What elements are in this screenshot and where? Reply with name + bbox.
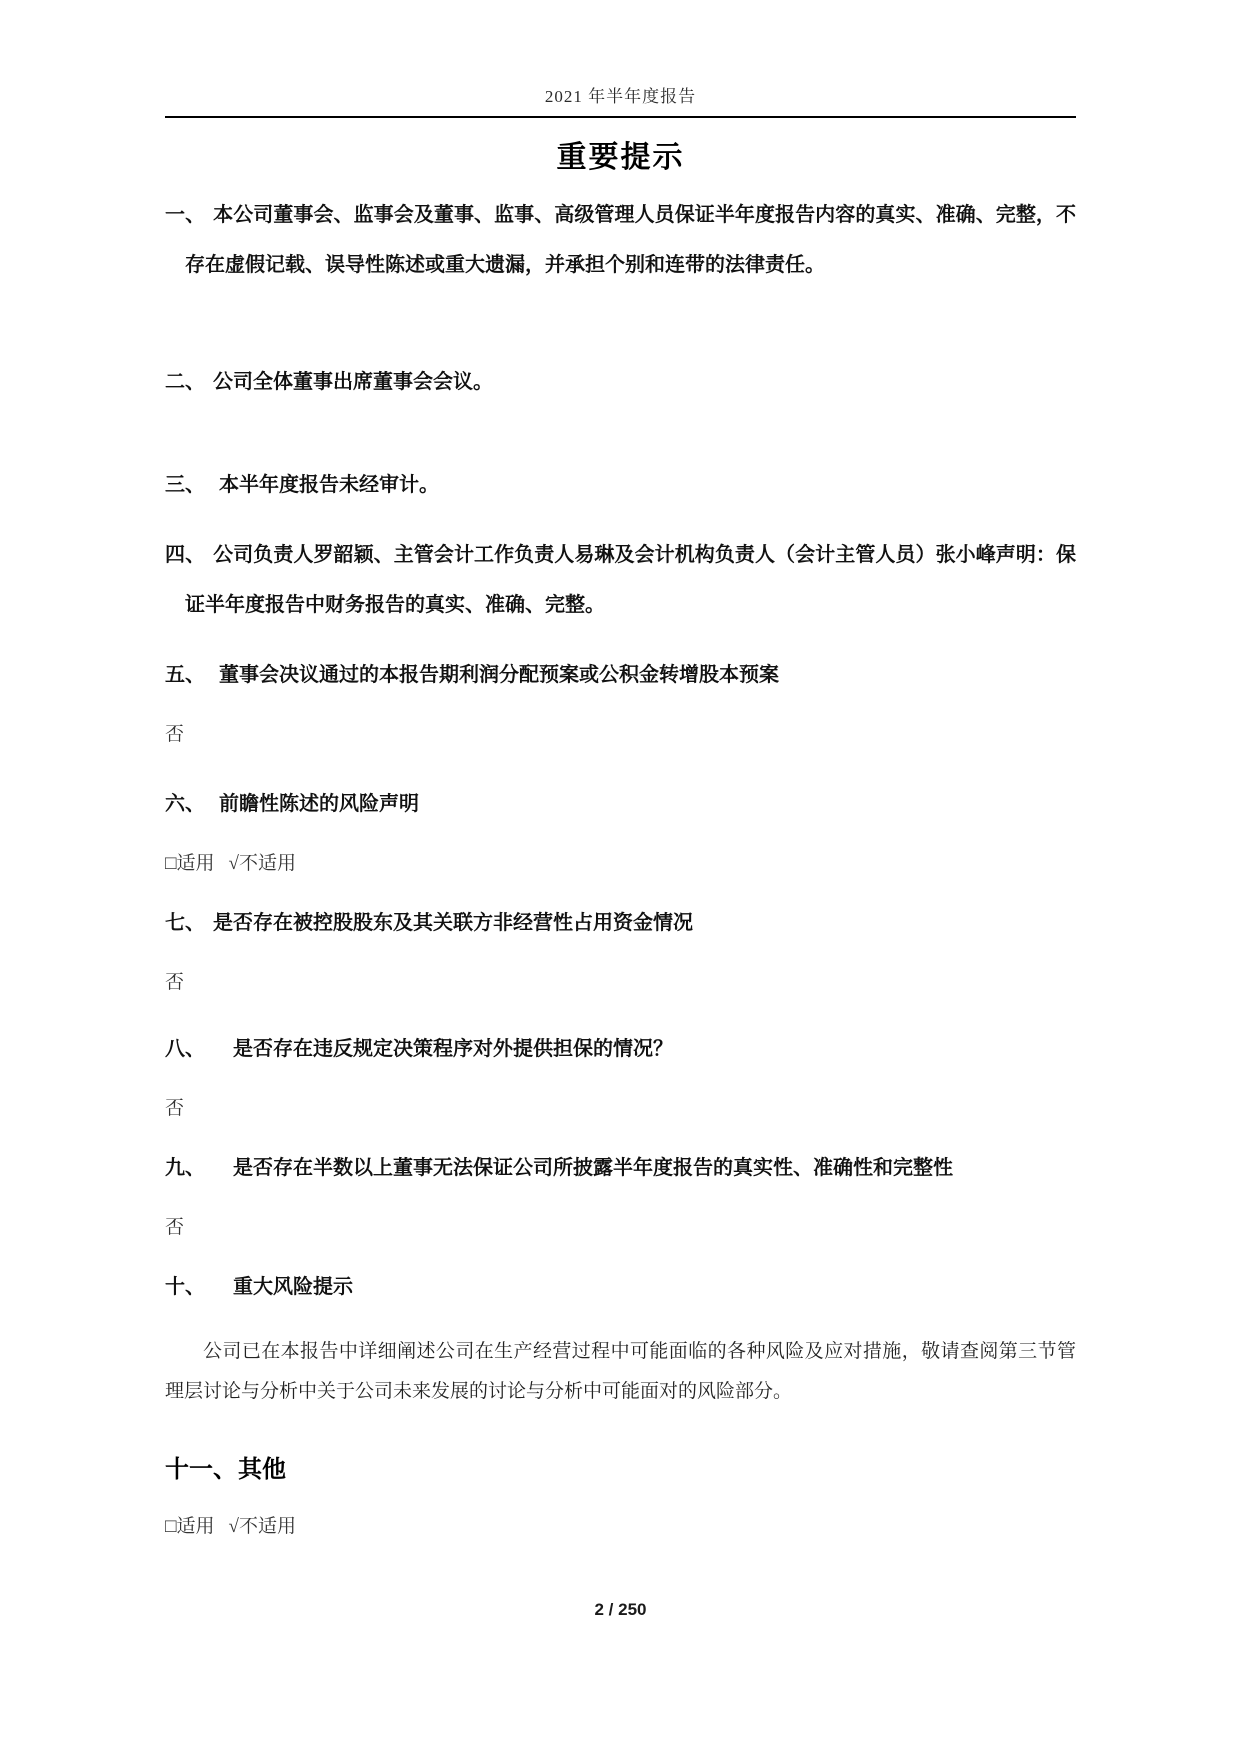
applicable-label: 适用 <box>176 853 214 874</box>
item-5: 五、董事会决议通过的本报告期利润分配预案或公积金转增股本预案 <box>165 650 1076 700</box>
item-10-paragraph: 公司已在本报告中详细阐述公司在生产经营过程中可能面临的各种风险及应对措施，敬请查… <box>165 1332 1076 1412</box>
item-11-number: 十一、 <box>165 1457 237 1483</box>
item-5-number: 五、 <box>165 664 205 686</box>
item-7: 七、是否存在被控股股东及其关联方非经营性占用资金情况 <box>165 898 1076 948</box>
checkbox-unchecked-icon: □ <box>165 853 176 874</box>
item-6: 六、前瞻性陈述的风险声明 <box>165 779 1076 829</box>
item-7-text: 是否存在被控股股东及其关联方非经营性占用资金情况 <box>213 912 693 934</box>
not-applicable-label: 不适用 <box>239 1516 296 1537</box>
item-11-applicability: □适用√不适用 <box>165 1512 1076 1542</box>
checkmark-icon: √ <box>229 1516 239 1537</box>
item-9-text: 是否存在半数以上董事无法保证公司所披露半年度报告的真实性、准确性和完整性 <box>233 1157 953 1179</box>
item-1-text: 本公司董事会、监事会及董事、监事、高级管理人员保证半年度报告内容的真实、准确、完… <box>185 204 1076 276</box>
page-header-title: 2021 年半年度报告 <box>165 86 1076 108</box>
item-2-number: 二、 <box>165 371 205 393</box>
item-8-text: 是否存在违反规定决策程序对外提供担保的情况？ <box>233 1038 673 1060</box>
item-2-text: 公司全体董事出席董事会会议。 <box>213 371 493 393</box>
item-5-answer: 否 <box>165 720 1076 750</box>
item-1: 一、本公司董事会、监事会及董事、监事、高级管理人员保证半年度报告内容的真实、准确… <box>165 190 1076 290</box>
item-1-number: 一、 <box>165 204 205 226</box>
item-7-answer: 否 <box>165 968 1076 998</box>
item-2: 二、公司全体董事出席董事会会议。 <box>165 357 1076 407</box>
item-8: 八、是否存在违反规定决策程序对外提供担保的情况？ <box>165 1024 1076 1074</box>
item-9-number: 九、 <box>165 1157 205 1179</box>
not-applicable-label: 不适用 <box>239 853 296 874</box>
item-9: 九、是否存在半数以上董事无法保证公司所披露半年度报告的真实性、准确性和完整性 <box>165 1143 1076 1193</box>
checkmark-icon: √ <box>229 853 239 874</box>
item-6-applicability: □适用√不适用 <box>165 849 1076 879</box>
applicable-label: 适用 <box>176 1516 214 1537</box>
item-4-text: 公司负责人罗韶颖、主管会计工作负责人易琳及会计机构负责人（会计主管人员）张小峰声… <box>185 544 1076 616</box>
page-content: 2021 年半年度报告 重要提示 一、本公司董事会、监事会及董事、监事、高级管理… <box>165 86 1076 1542</box>
checkbox-unchecked-icon: □ <box>165 1516 176 1537</box>
item-11: 十一、其他 <box>165 1452 1076 1488</box>
item-5-text: 董事会决议通过的本报告期利润分配预案或公积金转增股本预案 <box>219 664 779 686</box>
item-10-text: 重大风险提示 <box>233 1276 353 1298</box>
item-11-text: 其他 <box>238 1457 286 1483</box>
page-number: 2 / 250 <box>0 1600 1241 1620</box>
item-3-number: 三、 <box>165 474 205 496</box>
item-7-number: 七、 <box>165 912 205 934</box>
item-4: 四、公司负责人罗韶颖、主管会计工作负责人易琳及会计机构负责人（会计主管人员）张小… <box>165 530 1076 630</box>
item-3: 三、本半年度报告未经审计。 <box>165 460 1076 510</box>
item-8-number: 八、 <box>165 1038 205 1060</box>
item-9-answer: 否 <box>165 1213 1076 1243</box>
item-6-text: 前瞻性陈述的风险声明 <box>219 793 419 815</box>
item-8-answer: 否 <box>165 1094 1076 1124</box>
item-10-number: 十、 <box>165 1276 205 1298</box>
page-title: 重要提示 <box>165 138 1076 177</box>
item-10: 十、重大风险提示 <box>165 1262 1076 1312</box>
item-4-number: 四、 <box>165 544 205 566</box>
header-divider <box>165 116 1076 118</box>
item-6-number: 六、 <box>165 793 205 815</box>
report-page: 2021 年半年度报告 重要提示 一、本公司董事会、监事会及董事、监事、高级管理… <box>0 0 1241 1754</box>
item-3-text: 本半年度报告未经审计。 <box>219 474 439 496</box>
